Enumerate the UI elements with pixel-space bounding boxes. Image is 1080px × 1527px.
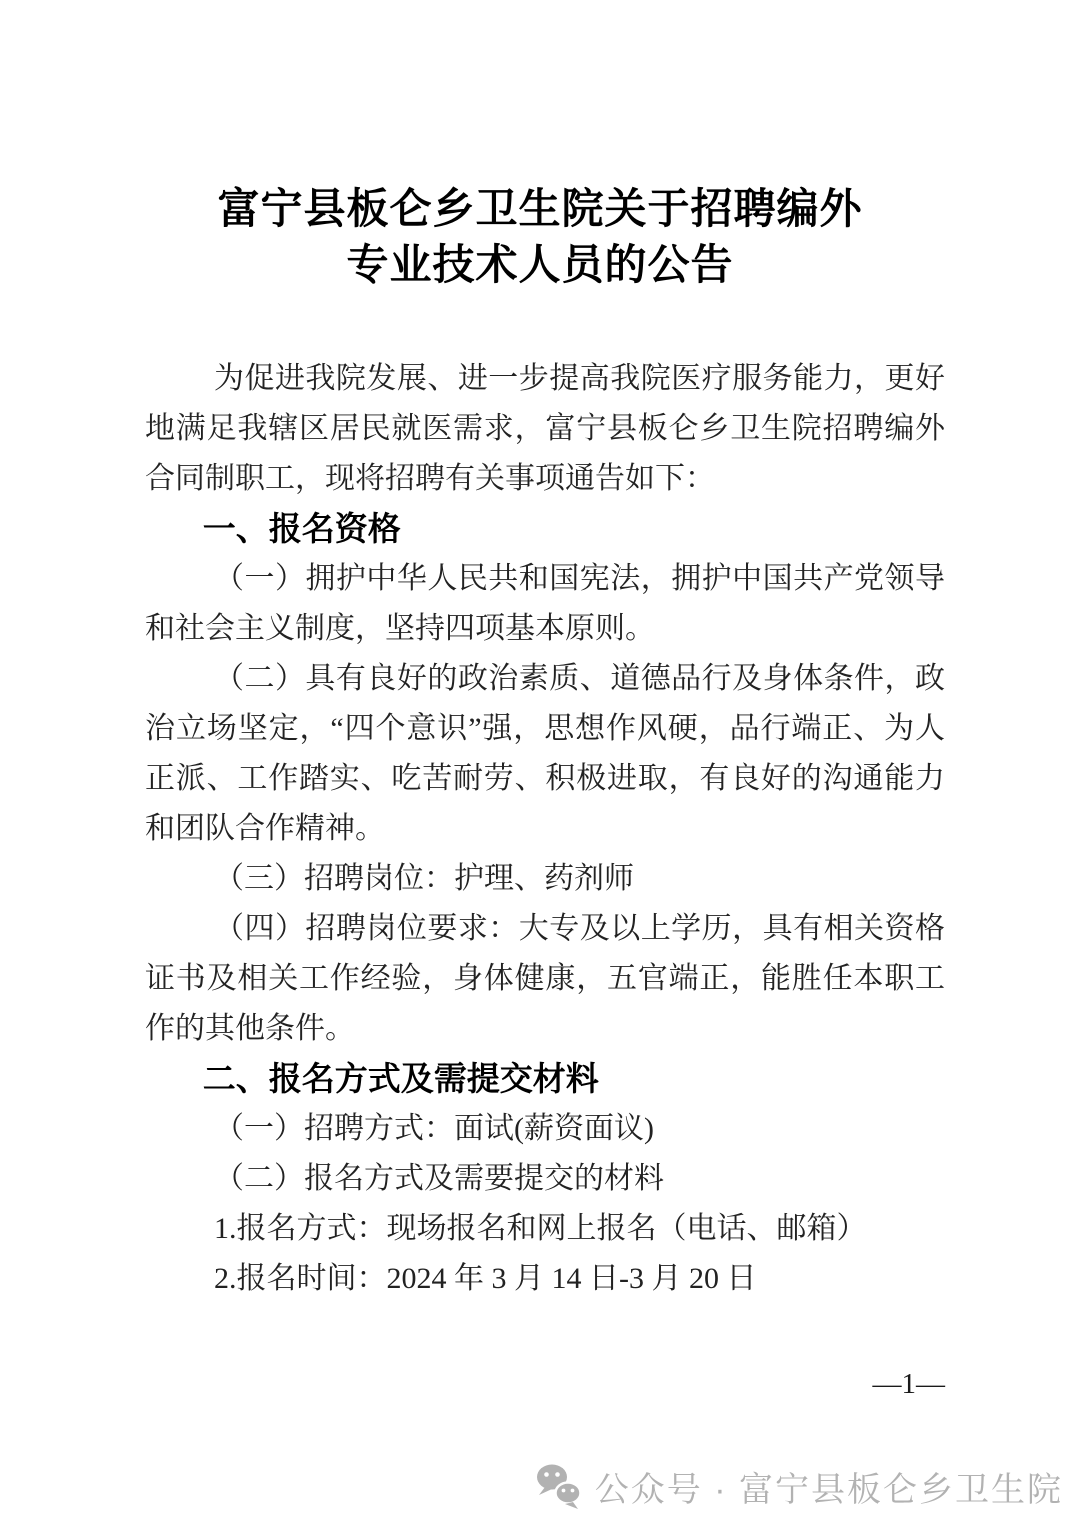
document-title-line1: 富宁县板仑乡卫生院关于招聘编外 [0,182,1080,238]
paragraph-item-1-3: （三）招聘岗位：护理、药剂师 [145,854,945,904]
document-body: 为促进我院发展、进一步提高我院医疗服务能力，更好地满足我辖区居民就医需求，富宁县… [145,354,945,1304]
document-title: 富宁县板仑乡卫生院关于招聘编外 专业技术人员的公告 [0,182,1080,294]
page-number: —1— [873,1368,946,1401]
section-heading-1: 一、报名资格 [145,504,945,554]
wechat-watermark-label: 公众号 · 富宁县板仑乡卫生院 [595,1462,1063,1511]
paragraph-item-2-2: （二）报名方式及需要提交的材料 [145,1154,945,1204]
paragraph-item-2-2-1: 1.报名方式：现场报名和网上报名（电话、邮箱） [145,1204,945,1254]
paragraph-intro: 为促进我院发展、进一步提高我院医疗服务能力，更好地满足我辖区居民就医需求，富宁县… [145,354,945,504]
document-page: 富宁县板仑乡卫生院关于招聘编外 专业技术人员的公告 为促进我院发展、进一步提高我… [0,0,1080,1527]
document-title-line2: 专业技术人员的公告 [0,238,1080,294]
paragraph-item-1-4: （四）招聘岗位要求：大专及以上学历，具有相关资格证书及相关工作经验，身体健康，五… [145,904,945,1054]
wechat-icon [535,1463,583,1511]
wechat-watermark: 公众号 · 富宁县板仑乡卫生院 [535,1462,1063,1511]
paragraph-item-2-2-2: 2.报名时间：2024 年 3 月 14 日-3 月 20 日 [145,1254,945,1304]
paragraph-item-2-1: （一）招聘方式：面试(薪资面议) [145,1104,945,1154]
paragraph-item-1-1: （一）拥护中华人民共和国宪法，拥护中国共产党领导和社会主义制度，坚持四项基本原则… [145,554,945,654]
paragraph-item-1-2: （二）具有良好的政治素质、道德品行及身体条件，政治立场坚定，“四个意识”强，思想… [145,654,945,854]
section-heading-2: 二、报名方式及需提交材料 [145,1054,945,1104]
